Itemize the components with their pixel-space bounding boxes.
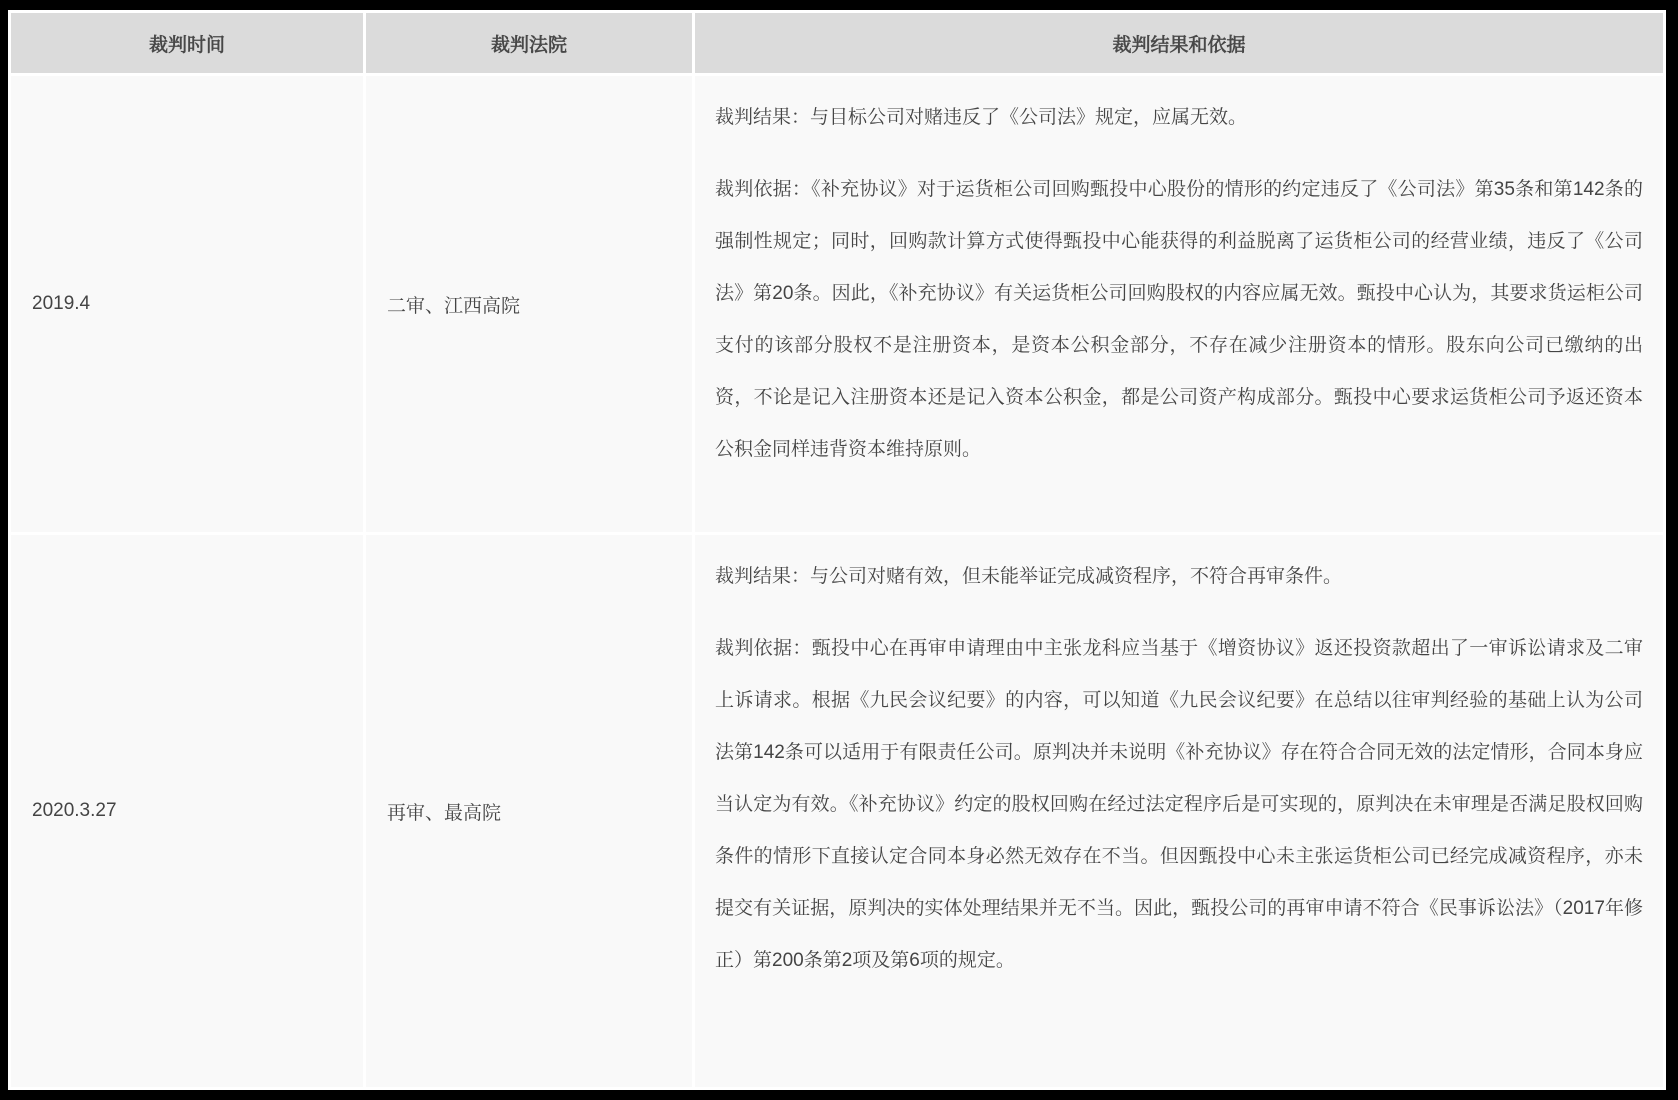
judgment-result-paragraph: 裁判结果：与目标公司对赌违反了《公司法》规定，应属无效。 xyxy=(715,92,1643,144)
judgment-table-frame: 裁判时间 裁判法院 裁判结果和依据 2019.4 二审、江西高院 裁判结果：与目… xyxy=(8,10,1666,1090)
judgment-court: 再审、最高院 xyxy=(387,798,501,825)
judgment-result-paragraph: 裁判结果：与公司对赌有效，但未能举证完成减资程序，不符合再审条件。 xyxy=(715,551,1643,603)
header-time-label: 裁判时间 xyxy=(149,30,225,57)
header-cell-court: 裁判法院 xyxy=(366,13,692,73)
table-row-1-result-basis-cell: 裁判结果：与目标公司对赌违反了《公司法》规定，应属无效。 裁判依据：《补充协议》… xyxy=(695,76,1663,532)
header-court-label: 裁判法院 xyxy=(491,30,567,57)
judgment-date: 2019.4 xyxy=(32,293,90,315)
judgment-basis-paragraph: 裁判依据：甄投中心在再审申请理由中主张龙科应当基于《增资协议》返还投资款超出了一… xyxy=(715,623,1643,987)
table-row-1-court-cell: 二审、江西高院 xyxy=(366,76,692,532)
judgment-court: 二审、江西高院 xyxy=(387,291,520,318)
table-row-2-court-cell: 再审、最高院 xyxy=(366,535,692,1087)
judgment-basis-paragraph: 裁判依据：《补充协议》对于运货柜公司回购甄投中心股份的情形的约定违反了《公司法》… xyxy=(715,164,1643,476)
header-cell-result-basis: 裁判结果和依据 xyxy=(695,13,1663,73)
judgment-table: 裁判时间 裁判法院 裁判结果和依据 2019.4 二审、江西高院 裁判结果：与目… xyxy=(11,13,1663,1087)
table-row-2-result-basis-cell: 裁判结果：与公司对赌有效，但未能举证完成减资程序，不符合再审条件。 裁判依据：甄… xyxy=(695,535,1663,1087)
header-result-basis-label: 裁判结果和依据 xyxy=(1112,30,1245,57)
table-row-2-date-cell: 2020.3.27 xyxy=(11,535,363,1087)
judgment-date: 2020.3.27 xyxy=(32,800,117,822)
header-cell-time: 裁判时间 xyxy=(11,13,363,73)
table-row-1-date-cell: 2019.4 xyxy=(11,76,363,532)
